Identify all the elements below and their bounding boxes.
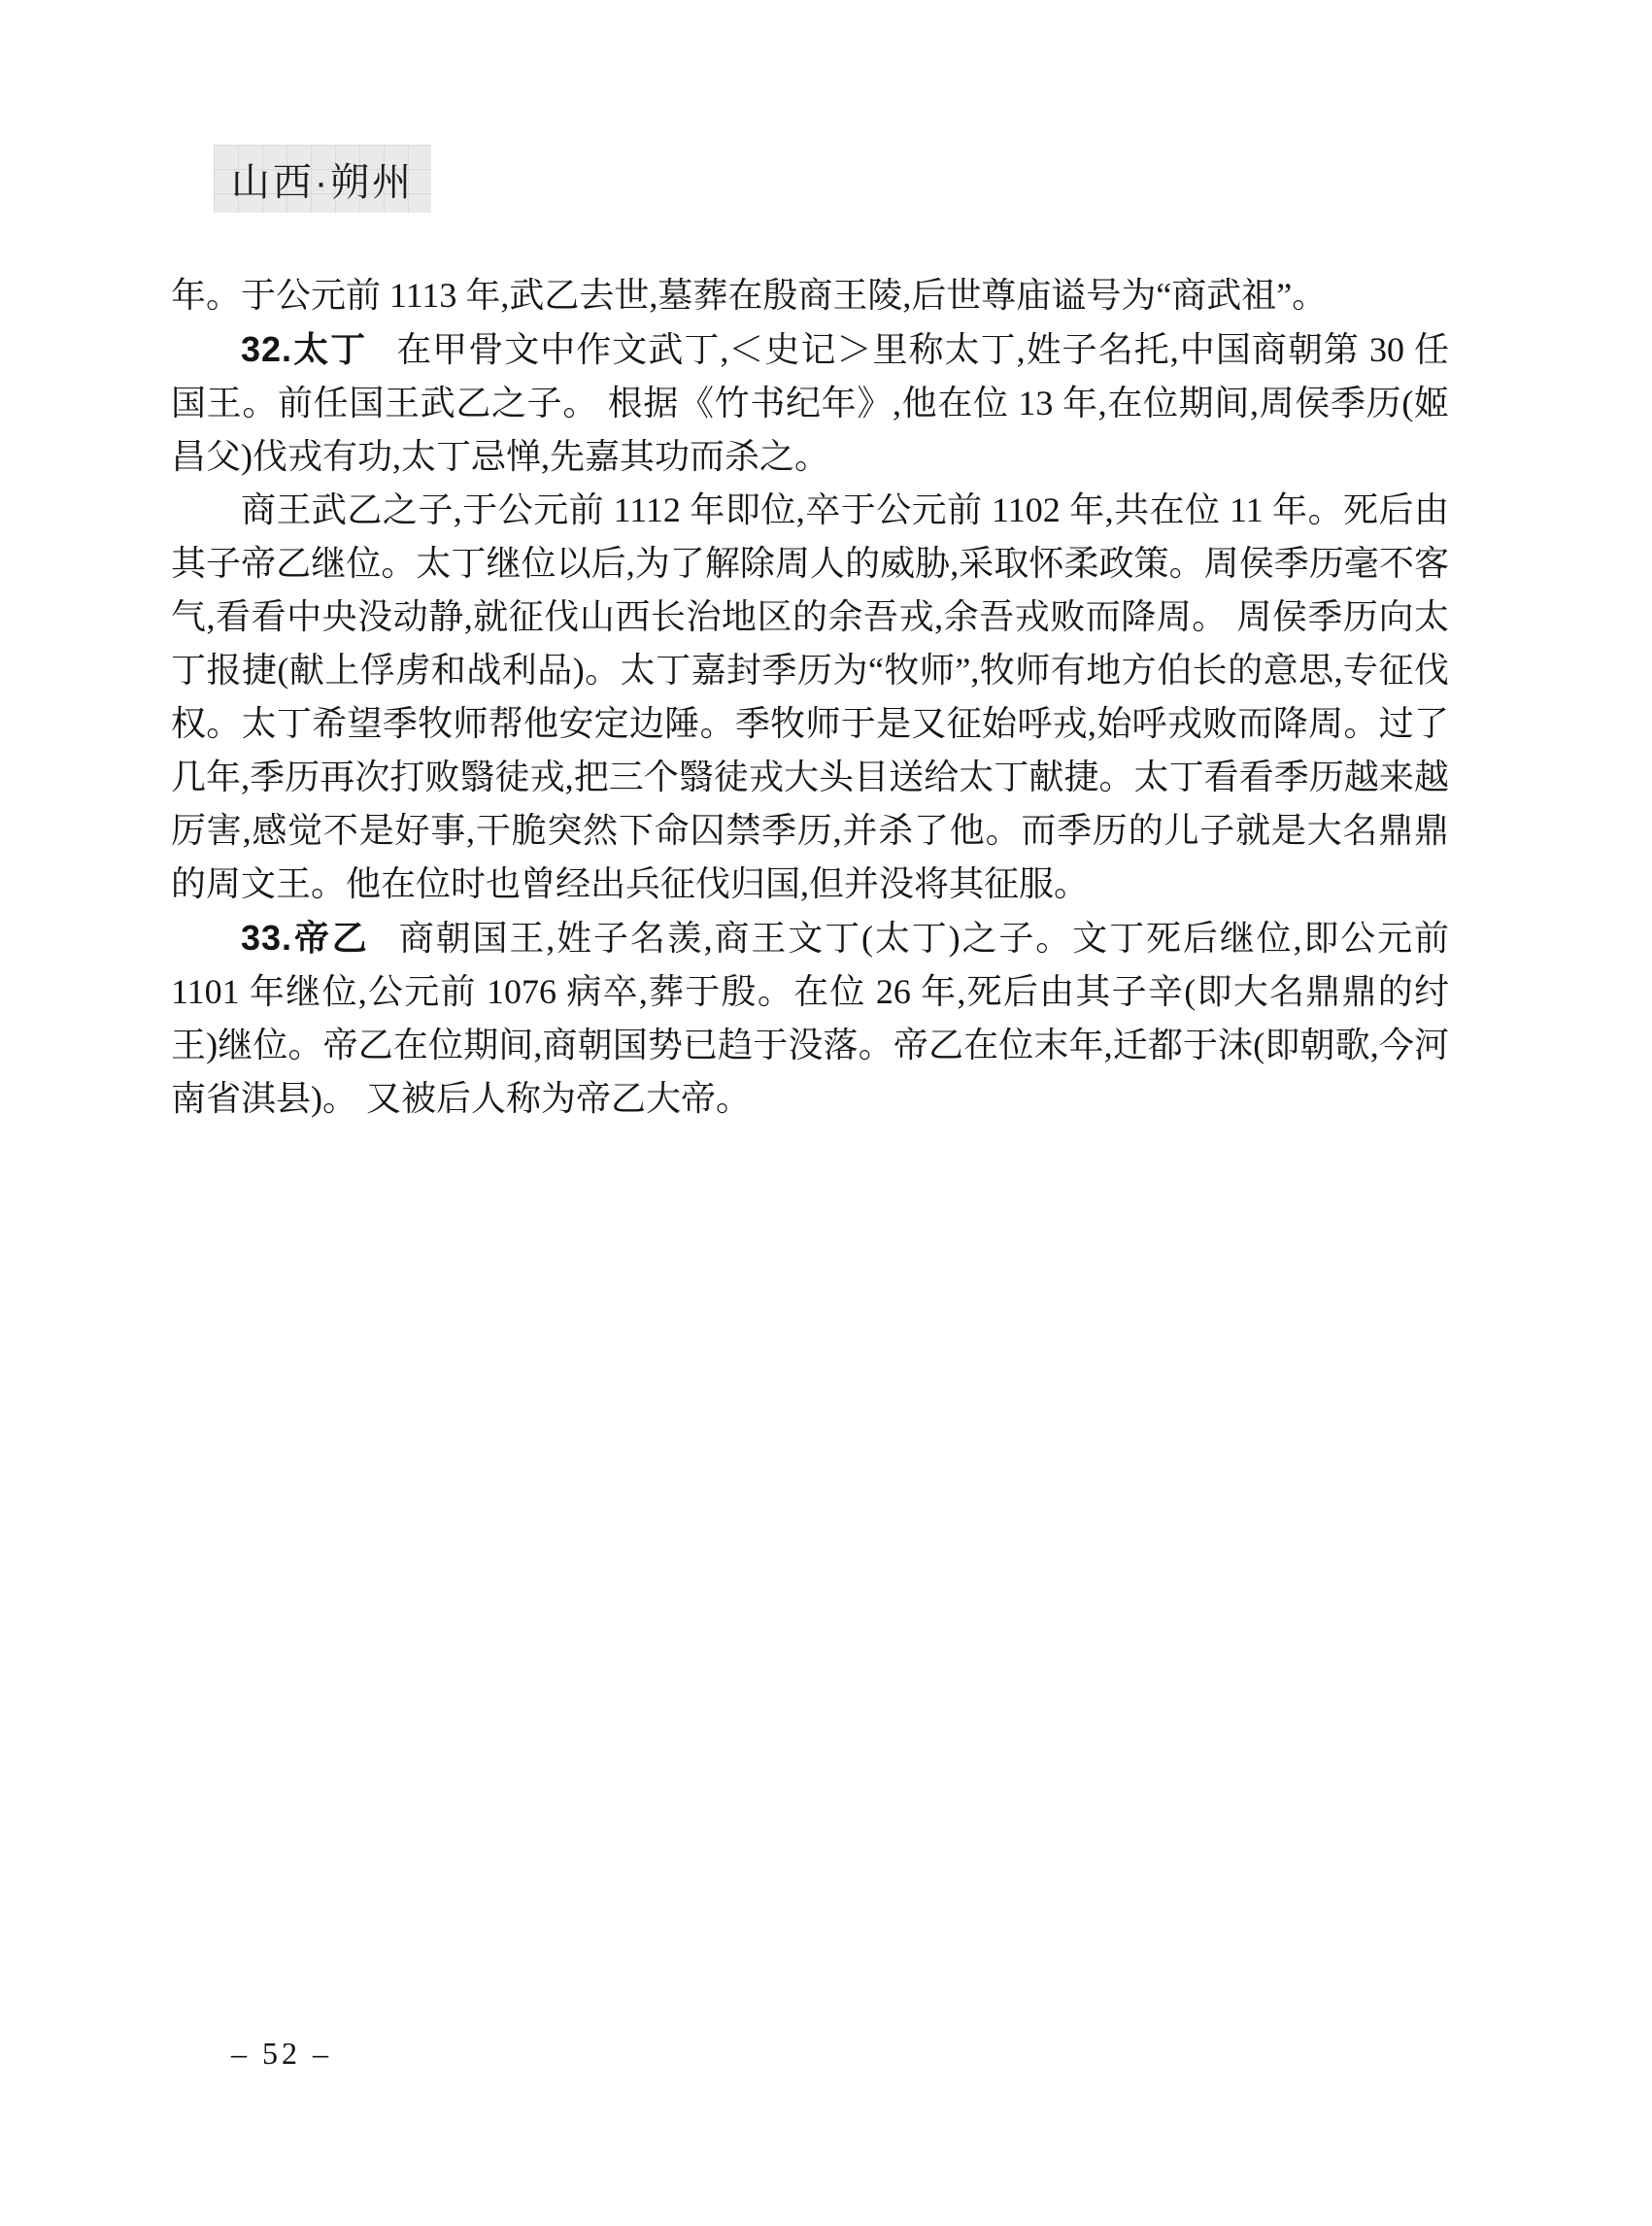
- region-header-badge: 山西·朔州: [214, 145, 431, 213]
- paragraph-text: 年。于公元前 1113 年,武乙去世,墓葬在殷商王陵,后世尊庙谥号为“商武祖”。: [171, 276, 1327, 315]
- entry-heading-33: 33.帝乙: [241, 918, 370, 958]
- page-number: – 52 –: [231, 2036, 332, 2072]
- paragraph-entry-32-taiding: 32.太丁在甲骨文中作文武丁,＜史记＞里称太丁,姓子名托,中国商朝第 30 任国…: [171, 322, 1449, 484]
- paragraph-taiding-reign: 商王武乙之子,于公元前 1112 年即位,卒于公元前 1102 年,共在位 11…: [171, 484, 1449, 911]
- paragraph-entry-33-diyi: 33.帝乙商朝国王,姓子名羡,商王文丁(太丁)之子。文丁死后继位,即公元前 11…: [171, 911, 1449, 1126]
- book-page: 山西·朔州 年。于公元前 1113 年,武乙去世,墓葬在殷商王陵,后世尊庙谥号为…: [0, 0, 1652, 2226]
- page-body: 年。于公元前 1113 年,武乙去世,墓葬在殷商王陵,后世尊庙谥号为“商武祖”。…: [171, 269, 1449, 1126]
- region-label: 山西·朔州: [231, 152, 414, 207]
- paragraph-continuation: 年。于公元前 1113 年,武乙去世,墓葬在殷商王陵,后世尊庙谥号为“商武祖”。: [171, 269, 1449, 322]
- paragraph-text: 商王武乙之子,于公元前 1112 年即位,卒于公元前 1102 年,共在位 11…: [171, 490, 1449, 903]
- entry-heading-32: 32.太丁: [241, 329, 367, 369]
